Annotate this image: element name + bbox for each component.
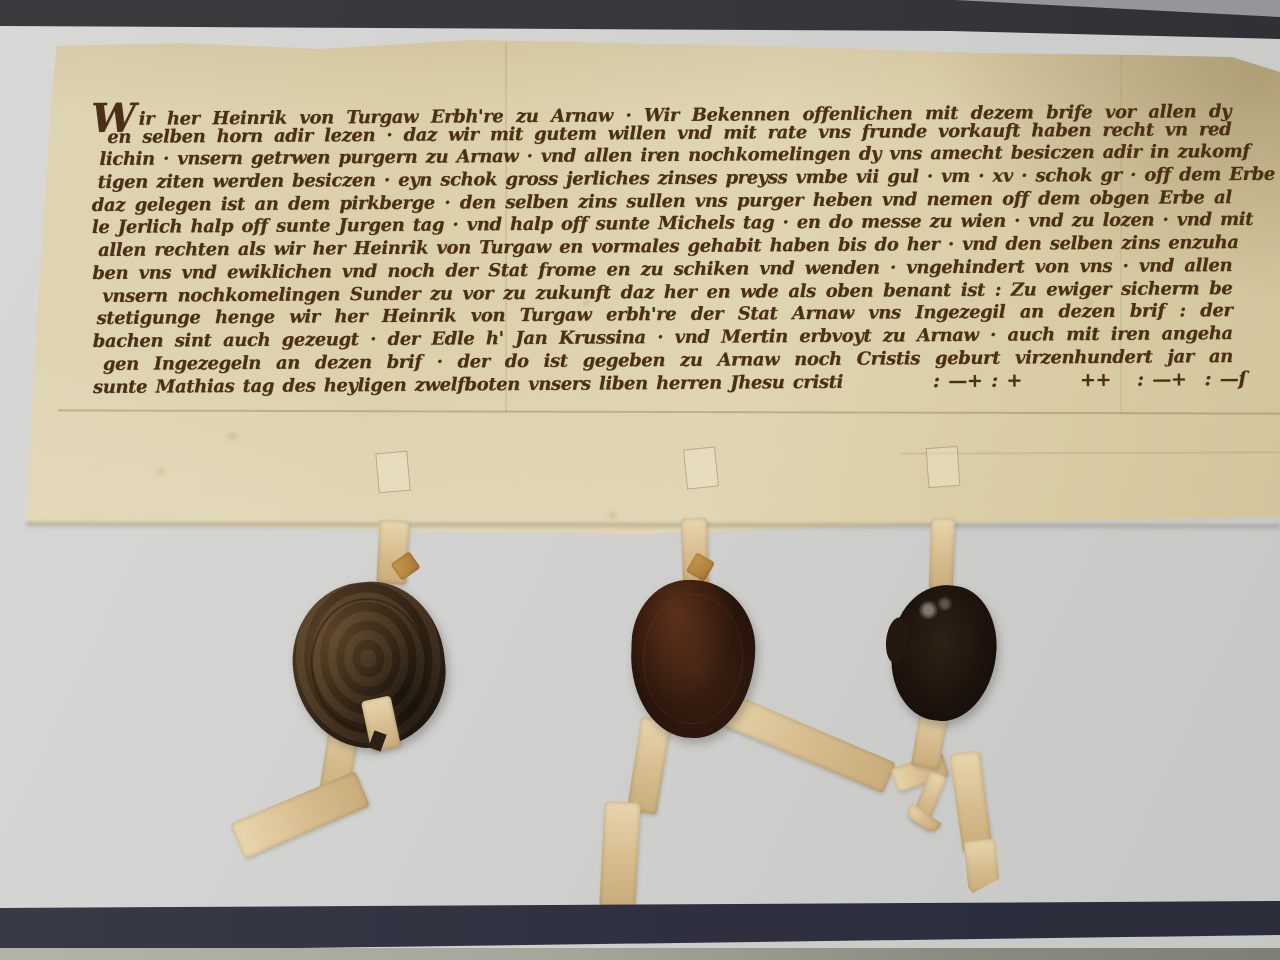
seal-tag-middle-left-strip xyxy=(627,716,671,815)
shelf-strip xyxy=(0,948,1280,960)
seal-tag-slit xyxy=(683,446,719,489)
plica-fold-crease xyxy=(58,409,1280,414)
notarial-cross-marks: ++ xyxy=(1080,369,1111,391)
notarial-cross-marks: : —ſ xyxy=(1204,368,1246,390)
parchment-drop-shadow xyxy=(26,522,1280,531)
notarial-cross-marks: : —+ xyxy=(1137,369,1187,391)
seal-tag-slit xyxy=(926,446,961,488)
notarial-cross-marks: : —+ : + xyxy=(933,370,1022,393)
text-line-content: sunte Mathias tag des heyligen zwelfbote… xyxy=(93,372,843,398)
seal-tag-right-long-strip xyxy=(949,750,993,853)
ink-stain xyxy=(608,512,617,519)
ink-stain xyxy=(228,432,237,440)
ink-stain xyxy=(158,468,165,475)
wax-seal-right xyxy=(884,579,1004,727)
seal-tag-left-end xyxy=(230,771,370,859)
seal-tag-middle-left-end xyxy=(599,801,640,908)
charter-text: Wir her Heinrik von Turgaw Erbh're zu Ar… xyxy=(91,96,1233,399)
initial-letter: W xyxy=(91,111,136,127)
seal-tag-right-upper xyxy=(929,518,955,591)
photo-of-charter-display: Wir her Heinrik von Turgaw Erbh're zu Ar… xyxy=(0,0,1280,960)
seal-tag-right-end xyxy=(963,838,1000,893)
seal-tag-slit xyxy=(375,451,410,494)
case-bottom-edge xyxy=(0,895,1280,955)
